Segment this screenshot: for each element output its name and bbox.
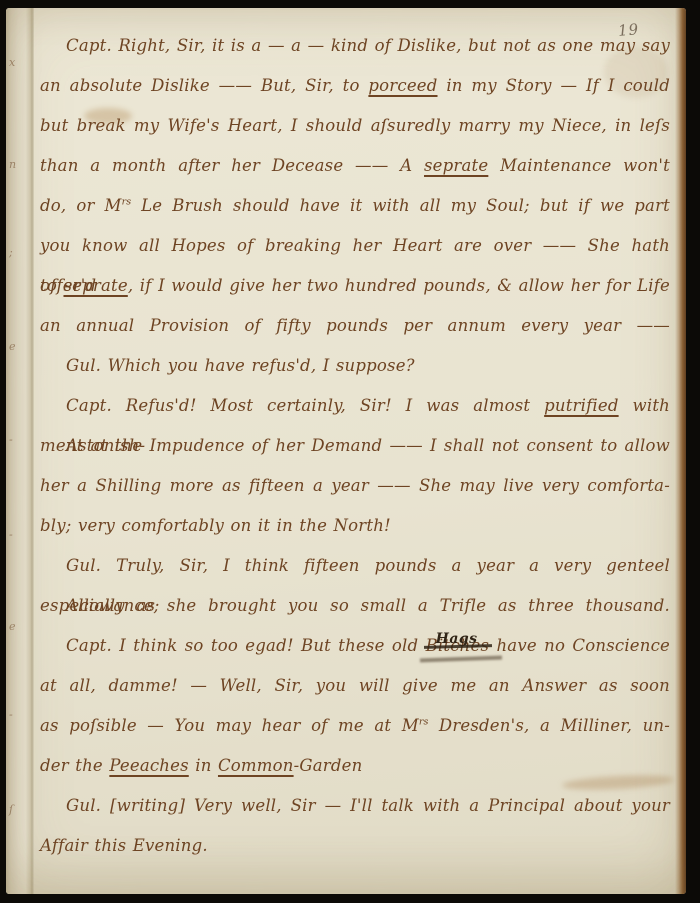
gutter-ink-fragment: ; <box>9 246 13 259</box>
underlined-word: putrified <box>544 396 619 415</box>
text-segment: -Garden <box>294 756 363 775</box>
text-segment: have no Conscience <box>489 636 670 655</box>
manuscript-photo: xn;e--e-ſ 19 Capt. Right, Sir, it is a —… <box>0 0 700 903</box>
underlined-word: seprate <box>424 156 488 175</box>
superscript: rs <box>122 197 131 208</box>
text-segment: Affair this Evening. <box>40 836 208 855</box>
manuscript-line: at all, damme! — Well, Sir, you will giv… <box>40 666 670 706</box>
gutter-ink-fragment: - <box>9 433 13 446</box>
manuscript-line: der the Peeaches in Common-Garden <box>40 746 670 786</box>
manuscript-page: xn;e--e-ſ 19 Capt. Right, Sir, it is a —… <box>6 8 686 894</box>
manuscript-line: Gul. [writing] Very well, Sir — I'll tal… <box>40 786 670 826</box>
manuscript-line: an annual Provision of fifty pounds per … <box>40 306 670 346</box>
manuscript-line: an absolute Dislike —— But, Sir, to porc… <box>40 66 670 106</box>
page-edge <box>675 8 686 894</box>
text-segment: Maintenance won't <box>488 156 670 175</box>
gutter-strip: xn;e--e-ſ <box>6 8 34 894</box>
text-segment: ment at the Impudence of her Demand —— I… <box>40 436 670 455</box>
text-segment: especially as she brought you so small a… <box>40 596 670 615</box>
text-segment: Gul. [writing] Very well, Sir — I'll tal… <box>66 796 670 815</box>
manuscript-line: you know all Hopes of breaking her Heart… <box>40 226 670 266</box>
gutter-ink-fragment: ſ <box>9 803 13 816</box>
underlined-word: porceed <box>368 76 437 95</box>
text-segment: , if I would give her two hundred pounds… <box>128 276 670 295</box>
manuscript-line: than a month after her Decease —— A sepr… <box>40 146 670 186</box>
text-segment: Gul. Which you have refus'd, I suppose? <box>66 356 415 375</box>
underlined-word: Peeaches <box>109 756 188 775</box>
gutter-ink-fragment: - <box>9 708 13 721</box>
manuscript-line: Affair this Evening. <box>40 826 670 866</box>
manuscript-line: to seprate, if I would give her two hund… <box>40 266 670 306</box>
text-segment: der the <box>40 756 109 775</box>
text-segment: but break my Wife's Heart, I should aſsu… <box>40 116 670 135</box>
text-segment: in my Story — If I could <box>438 76 670 95</box>
underlined-word: seprate <box>63 276 127 295</box>
manuscript-line: Gul. Which you have refus'd, I suppose? <box>40 346 670 386</box>
text-segment: an absolute Dislike —— But, Sir, to <box>40 76 368 95</box>
text-segment: Capt. Refus'd! Most certainly, Sir! I wa… <box>66 396 544 415</box>
gutter-ink-fragment: n <box>9 158 16 171</box>
gutter-ink-fragment: x <box>9 56 15 69</box>
manuscript-line: bly; very comfortably on it in the North… <box>40 506 670 546</box>
gutter-ink-fragment: e <box>9 340 16 353</box>
manuscript-line: Capt. Right, Sir, it is a — a — kind of … <box>40 26 670 66</box>
text-segment: Capt. I think so too egad! But these old <box>66 636 426 655</box>
manuscript-line: her a Shilling more as fifteen a year ——… <box>40 466 670 506</box>
text-segment: Capt. Right, Sir, it is a — a — kind of … <box>66 36 670 55</box>
underlined-word: Common <box>218 756 294 775</box>
gutter-ink-fragment: - <box>9 528 13 541</box>
text-block: Capt. Right, Sir, it is a — a — kind of … <box>40 26 670 866</box>
text-segment: Le Brush should have it with all my Soul… <box>131 196 670 215</box>
struck-out-word: BitchesHags <box>426 636 490 655</box>
manuscript-line: ment at the Impudence of her Demand —— I… <box>40 426 670 466</box>
superscript: rs <box>419 717 428 728</box>
text-segment: her a Shilling more as fifteen a year ——… <box>40 476 670 495</box>
manuscript-line: especially as she brought you so small a… <box>40 586 670 626</box>
manuscript-line: as poſsible — You may hear of me at Mrs … <box>40 706 670 746</box>
inserted-word-above-line: Hags <box>436 619 478 659</box>
manuscript-line: but break my Wife's Heart, I should aſsu… <box>40 106 670 146</box>
manuscript-line: Capt. Refus'd! Most certainly, Sir! I wa… <box>40 386 670 426</box>
text-segment: as poſsible — You may hear of me at M <box>40 716 419 735</box>
text-segment: Dresden's, a Milliner, un- <box>428 716 670 735</box>
text-segment: do, or M <box>40 196 122 215</box>
text-segment: than a month after her Decease —— A <box>40 156 424 175</box>
manuscript-line: Capt. I think so too egad! But these old… <box>40 626 670 666</box>
text-segment: in <box>189 756 218 775</box>
text-segment: an annual Provision of fifty pounds per … <box>40 316 670 335</box>
text-segment: at all, damme! — Well, Sir, you will giv… <box>40 676 670 695</box>
manuscript-line: do, or Mrs Le Brush should have it with … <box>40 186 670 226</box>
text-segment: to <box>40 276 63 295</box>
gutter-ink-fragment: e <box>9 620 16 633</box>
text-segment: bly; very comfortably on it in the North… <box>40 516 391 535</box>
manuscript-line: Gul. Truly, Sir, I think fifteen pounds … <box>40 546 670 586</box>
